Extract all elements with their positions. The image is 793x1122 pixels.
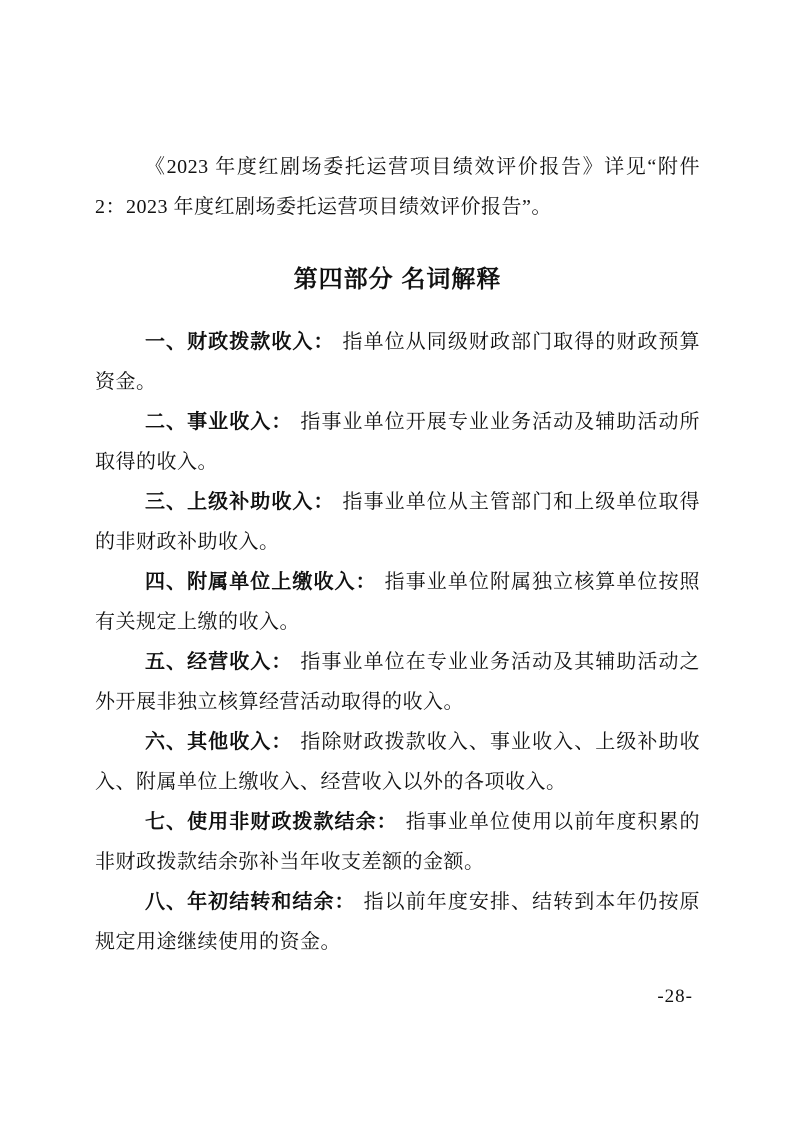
document-page: 《2023 年度红剧场委托运营项目绩效评价报告》详见“附件 2：2023 年度红… <box>0 0 793 1122</box>
term-label: 三、上级补助收入： <box>145 491 335 513</box>
term-item-5: 五、经营收入：指事业单位在专业业务活动及其辅助活动之外开展非独立核算经营活动取得… <box>95 642 700 722</box>
intro-paragraph: 《2023 年度红剧场委托运营项目绩效评价报告》详见“附件 2：2023 年度红… <box>95 147 700 227</box>
term-label: 八、年初结转和结余： <box>145 891 356 913</box>
term-item-2: 二、事业收入：指事业单位开展专业业务活动及辅助活动所取得的收入。 <box>95 402 700 482</box>
term-item-1: 一、财政拨款收入：指单位从同级财政部门取得的财政预算资金。 <box>95 322 700 402</box>
term-item-6: 六、其他收入：指除财政拨款收入、事业收入、上级补助收入、附属单位上缴收入、经营收… <box>95 722 700 802</box>
page-number: -28- <box>657 985 693 1009</box>
document-body: 《2023 年度红剧场委托运营项目绩效评价报告》详见“附件 2：2023 年度红… <box>95 147 700 962</box>
term-item-3: 三、上级补助收入：指事业单位从主管部门和上级单位取得的非财政补助收入。 <box>95 482 700 562</box>
term-label: 一、财政拨款收入： <box>145 331 335 353</box>
term-label: 五、经营收入： <box>145 651 292 673</box>
term-label: 二、事业收入： <box>145 411 292 433</box>
term-item-4: 四、附属单位上缴收入：指事业单位附属独立核算单位按照有关规定上缴的收入。 <box>95 562 700 642</box>
term-label: 六、其他收入： <box>145 731 292 753</box>
term-item-8: 八、年初结转和结余：指以前年度安排、结转到本年仍按原规定用途继续使用的资金。 <box>95 882 700 962</box>
section-heading: 第四部分 名词解释 <box>95 260 700 300</box>
term-label: 四、附属单位上缴收入： <box>145 571 377 593</box>
term-label: 七、使用非财政拨款结余： <box>145 811 398 833</box>
term-item-7: 七、使用非财政拨款结余：指事业单位使用以前年度积累的非财政拨款结余弥补当年收支差… <box>95 802 700 882</box>
